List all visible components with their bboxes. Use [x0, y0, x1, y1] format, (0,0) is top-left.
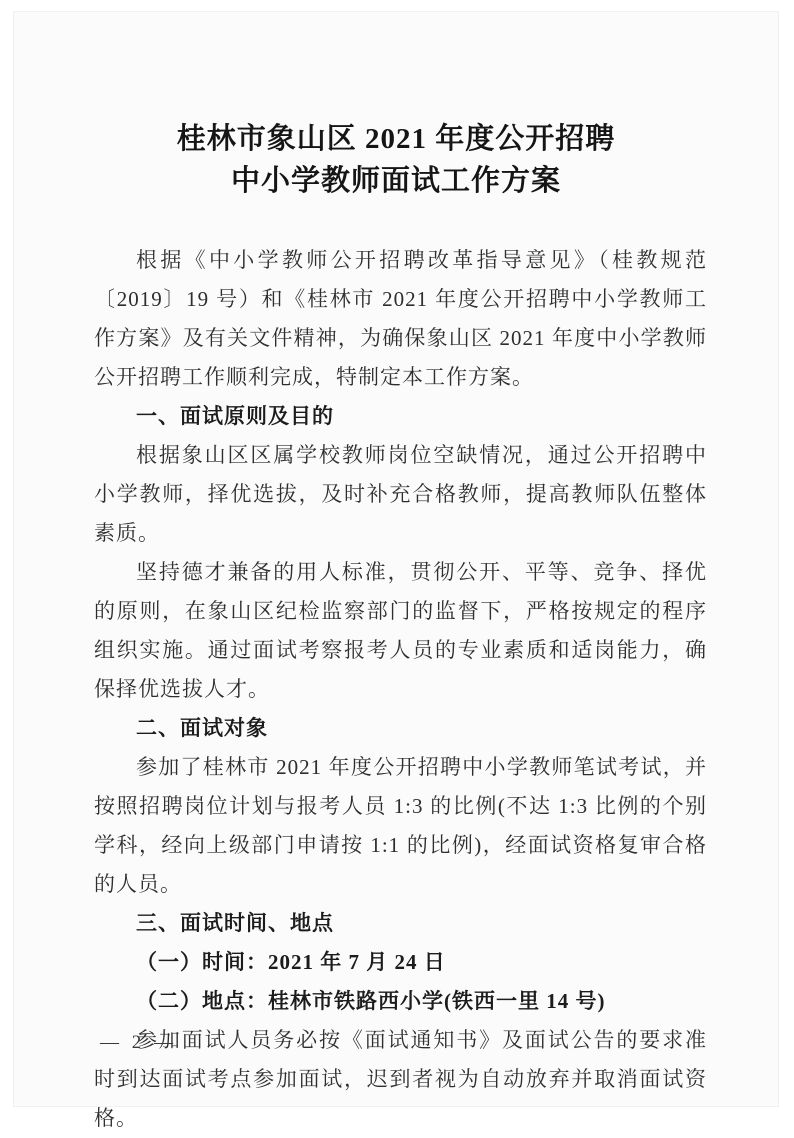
paragraph-principles-1: 根据象山区区属学校教师岗位空缺情况，通过公开招聘中小学教师，择优选拔，及时补充合… — [94, 436, 707, 553]
document-body: 根据《中小学教师公开招聘改革指导意见》（桂教规范〔2019〕19 号）和《桂林市… — [94, 241, 707, 1122]
document-title: 桂林市象山区 2021 年度公开招聘 中小学教师面试工作方案 — [14, 118, 778, 202]
subitem-interview-place: （二）地点：桂林市铁路西小学(铁西一里 14 号) — [94, 982, 707, 1021]
document-title-line-1: 桂林市象山区 2021 年度公开招聘 — [14, 118, 778, 160]
section-heading-targets: 二、面试对象 — [94, 709, 707, 748]
subitem-interview-time: （一）时间：2021 年 7 月 24 日 — [94, 943, 707, 982]
document-page: 桂林市象山区 2021 年度公开招聘 中小学教师面试工作方案 根据《中小学教师公… — [13, 11, 779, 1107]
page-number: — 2 — — [100, 1032, 177, 1054]
section-heading-principles: 一、面试原则及目的 — [94, 397, 707, 436]
paragraph-basis: 根据《中小学教师公开招聘改革指导意见》（桂教规范〔2019〕19 号）和《桂林市… — [94, 241, 707, 397]
paragraph-targets: 参加了桂林市 2021 年度公开招聘中小学教师笔试考试，并按照招聘岗位计划与报考… — [94, 748, 707, 904]
section-heading-time-place: 三、面试时间、地点 — [94, 904, 707, 943]
document-title-line-2: 中小学教师面试工作方案 — [14, 160, 778, 202]
paragraph-principles-2: 坚持德才兼备的用人标准，贯彻公开、平等、竞争、择优的原则，在象山区纪检监察部门的… — [94, 553, 707, 709]
paragraph-attendance-notice: 参加面试人员务必按《面试通知书》及面试公告的要求准时到达面试考点参加面试，迟到者… — [94, 1021, 707, 1122]
